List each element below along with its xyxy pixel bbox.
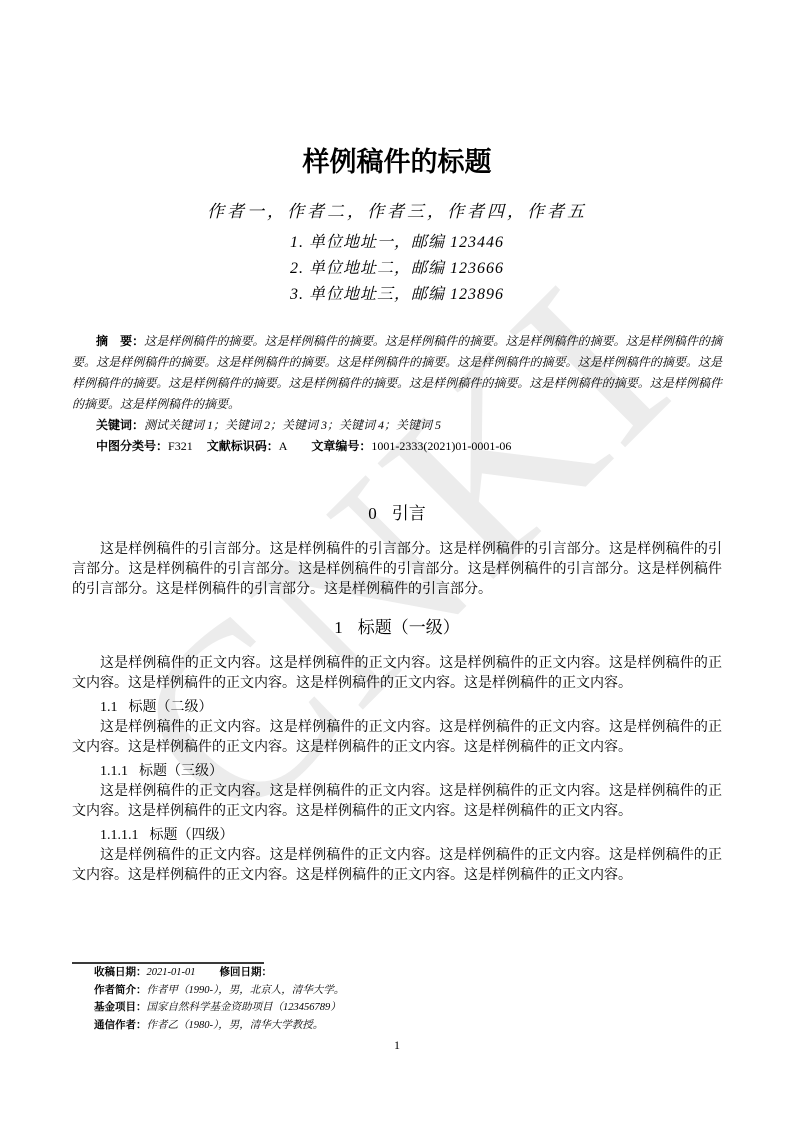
section-title: 标题（一级） <box>358 618 460 637</box>
section-heading-level3: 1.1.1标题（三级） <box>72 762 722 782</box>
clc-value: F321 <box>168 439 193 453</box>
section-number: 1 <box>334 618 343 637</box>
keywords-text: 测试关键词 1；关键词 2；关键词 3；关键词 4；关键词 5 <box>144 418 441 432</box>
doc-code-label: 文献标识码： <box>207 439 279 453</box>
section-body: 这是样例稿件的正文内容。这是样例稿件的正文内容。这是样例稿件的正文内容。这是样例… <box>72 654 722 694</box>
paper-title: 样例稿件的标题 <box>72 146 722 180</box>
section-heading-level1: 1标题（一级） <box>72 617 722 639</box>
section-body: 这是样例稿件的引言部分。这是样例稿件的引言部分。这是样例稿件的引言部分。这是样例… <box>72 540 722 600</box>
abstract-text: 这是样例稿件的摘要。这是样例稿件的摘要。这是样例稿件的摘要。这是样例稿件的摘要。… <box>72 334 722 411</box>
section-heading-level2: 1.1标题（二级） <box>72 698 722 718</box>
clc-label: 中图分类号： <box>96 439 168 453</box>
section-body: 这是样例稿件的正文内容。这是样例稿件的正文内容。这是样例稿件的正文内容。这是样例… <box>72 718 722 758</box>
section-title: 标题（四级） <box>150 828 234 843</box>
fund-label: 基金项目： <box>94 1001 147 1013</box>
footnote-block: 收稿日期：2021-01-01修回日期： 作者简介：作者甲（1990-），男，北… <box>72 962 722 1034</box>
article-id-value: 1001-2333(2021)01-0001-06 <box>371 439 511 453</box>
section-title: 标题（三级） <box>139 764 223 779</box>
page-content: 样例稿件的标题 作者一，作者二，作者三，作者四，作者五 1. 单位地址一，邮编 … <box>72 0 722 886</box>
section-level2: 1.1标题（二级） 这是样例稿件的正文内容。这是样例稿件的正文内容。这是样例稿件… <box>72 698 722 758</box>
corresponding-author-label: 通信作者： <box>94 1019 147 1031</box>
section-level1: 1标题（一级） 这是样例稿件的正文内容。这是样例稿件的正文内容。这是样例稿件的正… <box>72 617 722 694</box>
author-bio-value: 作者甲（1990-），男，北京人，清华大学。 <box>147 985 345 996</box>
affiliation-list: 1. 单位地址一，邮编 123446 2. 单位地址二，邮编 123666 3.… <box>72 230 722 308</box>
section-number: 1.1.1 <box>100 764 128 779</box>
section-number: 1.1 <box>100 700 118 715</box>
section-level3: 1.1.1标题（三级） 这是样例稿件的正文内容。这是样例稿件的正文内容。这是样例… <box>72 762 722 822</box>
section-number: 1.1.1.1 <box>100 828 139 843</box>
abstract-paragraph: 摘 要：这是样例稿件的摘要。这是样例稿件的摘要。这是样例稿件的摘要。这是样例稿件… <box>72 331 722 415</box>
keywords-paragraph: 关键词：测试关键词 1；关键词 2；关键词 3；关键词 4；关键词 5 <box>72 415 722 436</box>
section-introduction: 0引言 这是样例稿件的引言部分。这是样例稿件的引言部分。这是样例稿件的引言部分。… <box>72 503 722 600</box>
keywords-label: 关键词： <box>96 418 144 432</box>
received-date-value: 2021-01-01 <box>147 967 196 978</box>
doc-code-value: A <box>279 439 288 453</box>
footnote-corresponding: 通信作者：作者乙（1980-），男，清华大学教授。 <box>72 1017 722 1035</box>
abstract-label: 摘 要： <box>96 334 144 348</box>
footnote-fund: 基金项目：国家自然科学基金资助项目（123456789） <box>72 999 722 1017</box>
fund-value: 国家自然科学基金资助项目（123456789） <box>147 1002 341 1013</box>
page-number: 1 <box>0 1038 794 1053</box>
section-body: 这是样例稿件的正文内容。这是样例稿件的正文内容。这是样例稿件的正文内容。这是样例… <box>72 846 722 886</box>
classification-paragraph: 中图分类号：F321文献标识码：A文章编号：1001-2333(2021)01-… <box>72 436 722 457</box>
section-level4: 1.1.1.1标题（四级） 这是样例稿件的正文内容。这是样例稿件的正文内容。这是… <box>72 826 722 886</box>
affiliation-item: 3. 单位地址三，邮编 123896 <box>72 282 722 308</box>
meta-block: 摘 要：这是样例稿件的摘要。这是样例稿件的摘要。这是样例稿件的摘要。这是样例稿件… <box>72 331 722 457</box>
section-heading-level4: 1.1.1.1标题（四级） <box>72 826 722 846</box>
article-id-label: 文章编号： <box>311 439 371 453</box>
affiliation-item: 1. 单位地址一，邮编 123446 <box>72 230 722 256</box>
manuscript-page: CNKI 样例稿件的标题 作者一，作者二，作者三，作者四，作者五 1. 单位地址… <box>0 0 794 1123</box>
section-body: 这是样例稿件的正文内容。这是样例稿件的正文内容。这是样例稿件的正文内容。这是样例… <box>72 782 722 822</box>
section-heading-level1: 0引言 <box>72 503 722 525</box>
affiliation-item: 2. 单位地址二，邮编 123666 <box>72 256 722 282</box>
corresponding-author-value: 作者乙（1980-），男，清华大学教授。 <box>147 1020 324 1031</box>
section-title: 标题（二级） <box>129 700 213 715</box>
author-bio-label: 作者简介： <box>94 984 147 996</box>
received-date-label: 收稿日期： <box>94 966 147 978</box>
revised-date-label: 修回日期： <box>220 966 273 978</box>
author-line: 作者一，作者二，作者三，作者四，作者五 <box>72 201 722 223</box>
section-number: 0 <box>368 504 377 523</box>
section-title: 引言 <box>392 504 426 523</box>
footnote-bio: 作者简介：作者甲（1990-），男，北京人，清华大学。 <box>72 982 722 1000</box>
footnote-dates: 收稿日期：2021-01-01修回日期： <box>72 964 722 982</box>
